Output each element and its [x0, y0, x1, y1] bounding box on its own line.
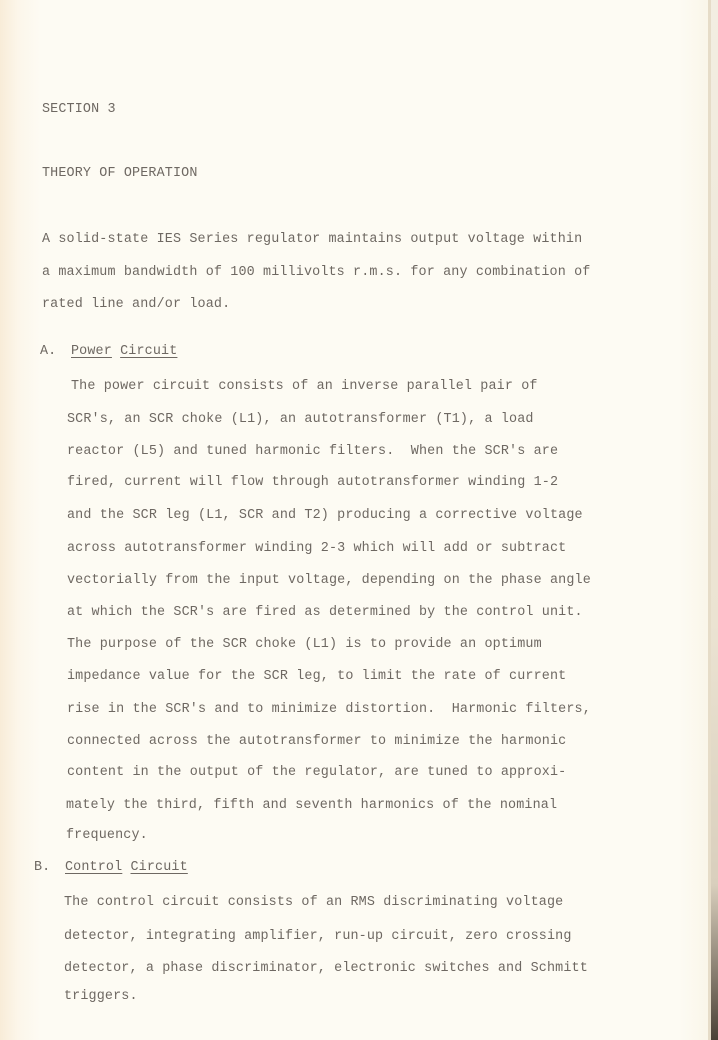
- heading-word: Circuit: [120, 344, 177, 359]
- section-label: SECTION 3: [42, 102, 116, 118]
- page-edge-shadow: [708, 0, 711, 1040]
- body-line: frequency.: [66, 828, 148, 844]
- body-line: reactor (L5) and tuned harmonic filters.…: [67, 444, 558, 460]
- body-line: vectorially from the input voltage, depe…: [67, 573, 591, 589]
- body-line: and the SCR leg (L1, SCR and T2) produci…: [67, 508, 583, 524]
- body-line: rise in the SCR's and to minimize distor…: [67, 702, 591, 718]
- body-line: detector, integrating amplifier, run-up …: [64, 929, 572, 945]
- body-line: detector, a phase discriminator, electro…: [64, 961, 588, 977]
- body-line: SCR's, an SCR choke (L1), an autotransfo…: [67, 412, 534, 428]
- body-line: The purpose of the SCR choke (L1) is to …: [67, 637, 542, 653]
- subsection-b-marker: B.: [34, 860, 50, 876]
- heading-word: Control: [65, 860, 122, 875]
- intro-line: rated line and/or load.: [42, 297, 230, 313]
- subsection-b-heading: Control Circuit: [65, 860, 188, 876]
- subsection-a-heading: Power Circuit: [71, 344, 177, 360]
- body-line: mately the third, fifth and seventh harm…: [66, 798, 557, 814]
- body-line: The control circuit consists of an RMS d…: [64, 895, 563, 911]
- heading-word: Power: [71, 344, 112, 359]
- body-line: fired, current will flow through autotra…: [67, 475, 558, 491]
- body-line: The power circuit consists of an inverse…: [71, 379, 538, 395]
- heading-word: Circuit: [131, 860, 188, 875]
- intro-line: a maximum bandwidth of 100 millivolts r.…: [42, 265, 590, 281]
- body-line: triggers.: [64, 989, 138, 1005]
- body-line: content in the output of the regulator, …: [67, 765, 566, 781]
- subsection-a-marker: A.: [40, 344, 56, 360]
- intro-line: A solid-state IES Series regulator maint…: [42, 232, 582, 248]
- body-line: at which the SCR's are fired as determin…: [67, 605, 583, 621]
- section-title: THEORY OF OPERATION: [42, 166, 198, 182]
- body-line: across autotransformer winding 2-3 which…: [67, 541, 566, 557]
- body-line: connected across the autotransformer to …: [67, 734, 566, 750]
- body-line: impedance value for the SCR leg, to limi…: [67, 669, 566, 685]
